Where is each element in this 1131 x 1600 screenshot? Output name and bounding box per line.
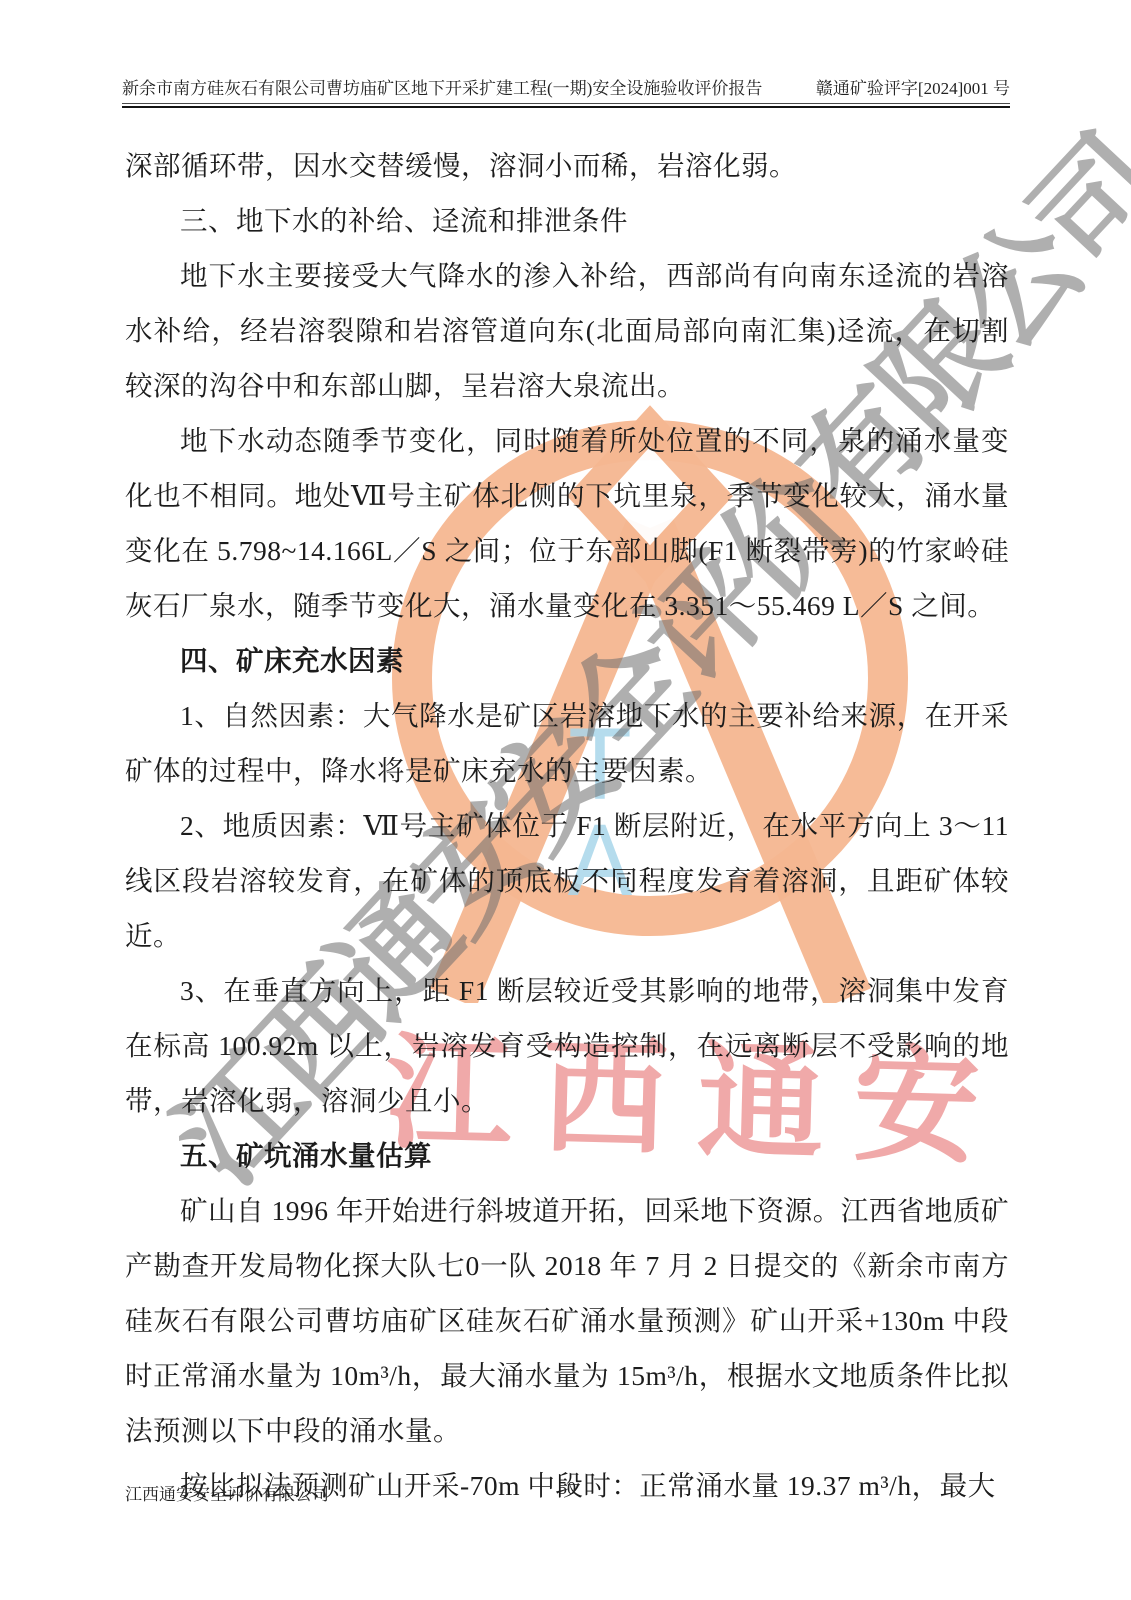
body-paragraph: 地下水主要接受大气降水的渗入补给，西部尚有向南东迳流的岩溶水补给，经岩溶裂隙和岩…	[125, 248, 1009, 413]
page-number: 50	[558, 1478, 576, 1499]
header-doc-number: 赣通矿验评字[2024]001 号	[816, 78, 1010, 100]
page-header: 新余市南方硅灰石有限公司曹坊庙矿区地下开采扩建工程(一期)安全设施验收评价报告 …	[122, 78, 1010, 100]
header-rule-thick	[122, 106, 1010, 109]
page-content: 新余市南方硅灰石有限公司曹坊庙矿区地下开采扩建工程(一期)安全设施验收评价报告 …	[0, 0, 1131, 1600]
body-paragraph: 深部循环带，因水交替缓慢，溶洞小而稀，岩溶化弱。	[125, 138, 1009, 193]
body-paragraph: 矿山自 1996 年开始进行斜坡道开拓，回采地下资源。江西省地质矿产勘查开发局物…	[125, 1183, 1009, 1458]
body-paragraph: 地下水动态随季节变化，同时随着所处位置的不同，泉的涌水量变化也不相同。地处Ⅶ号主…	[125, 413, 1009, 633]
body-paragraph: 1、自然因素：大气降水是矿区岩溶地下水的主要补给来源，在开采矿体的过程中，降水将…	[125, 688, 1009, 798]
page-footer: 江西通安安全评价有限公司 50	[125, 1478, 1009, 1504]
header-rule	[122, 103, 1010, 108]
body-paragraph: 3、在垂直方向上，距 F1 断层较近受其影响的地带，溶洞集中发育在标高 100.…	[125, 963, 1009, 1128]
header-report-title: 新余市南方硅灰石有限公司曹坊庙矿区地下开采扩建工程(一期)安全设施验收评价报告	[122, 78, 762, 100]
header-rule-thin	[122, 103, 1010, 104]
section-heading: 五、矿坑涌水量估算	[125, 1128, 1009, 1183]
section-heading: 三、地下水的补给、迳流和排泄条件	[125, 193, 1009, 248]
document-page: T A 江西通安 江西通安安全评价有限公司 新余市南方硅灰石有限公司曹坊庙矿区地…	[0, 0, 1131, 1600]
footer-company-name: 江西通安安全评价有限公司	[125, 1480, 329, 1505]
body-paragraph: 2、地质因素：Ⅶ号主矿体位于 F1 断层附近， 在水平方向上 3～11 线区段岩…	[125, 798, 1009, 963]
section-heading: 四、矿床充水因素	[125, 633, 1009, 688]
document-body: 深部循环带，因水交替缓慢，溶洞小而稀，岩溶化弱。三、地下水的补给、迳流和排泄条件…	[125, 138, 1009, 1513]
